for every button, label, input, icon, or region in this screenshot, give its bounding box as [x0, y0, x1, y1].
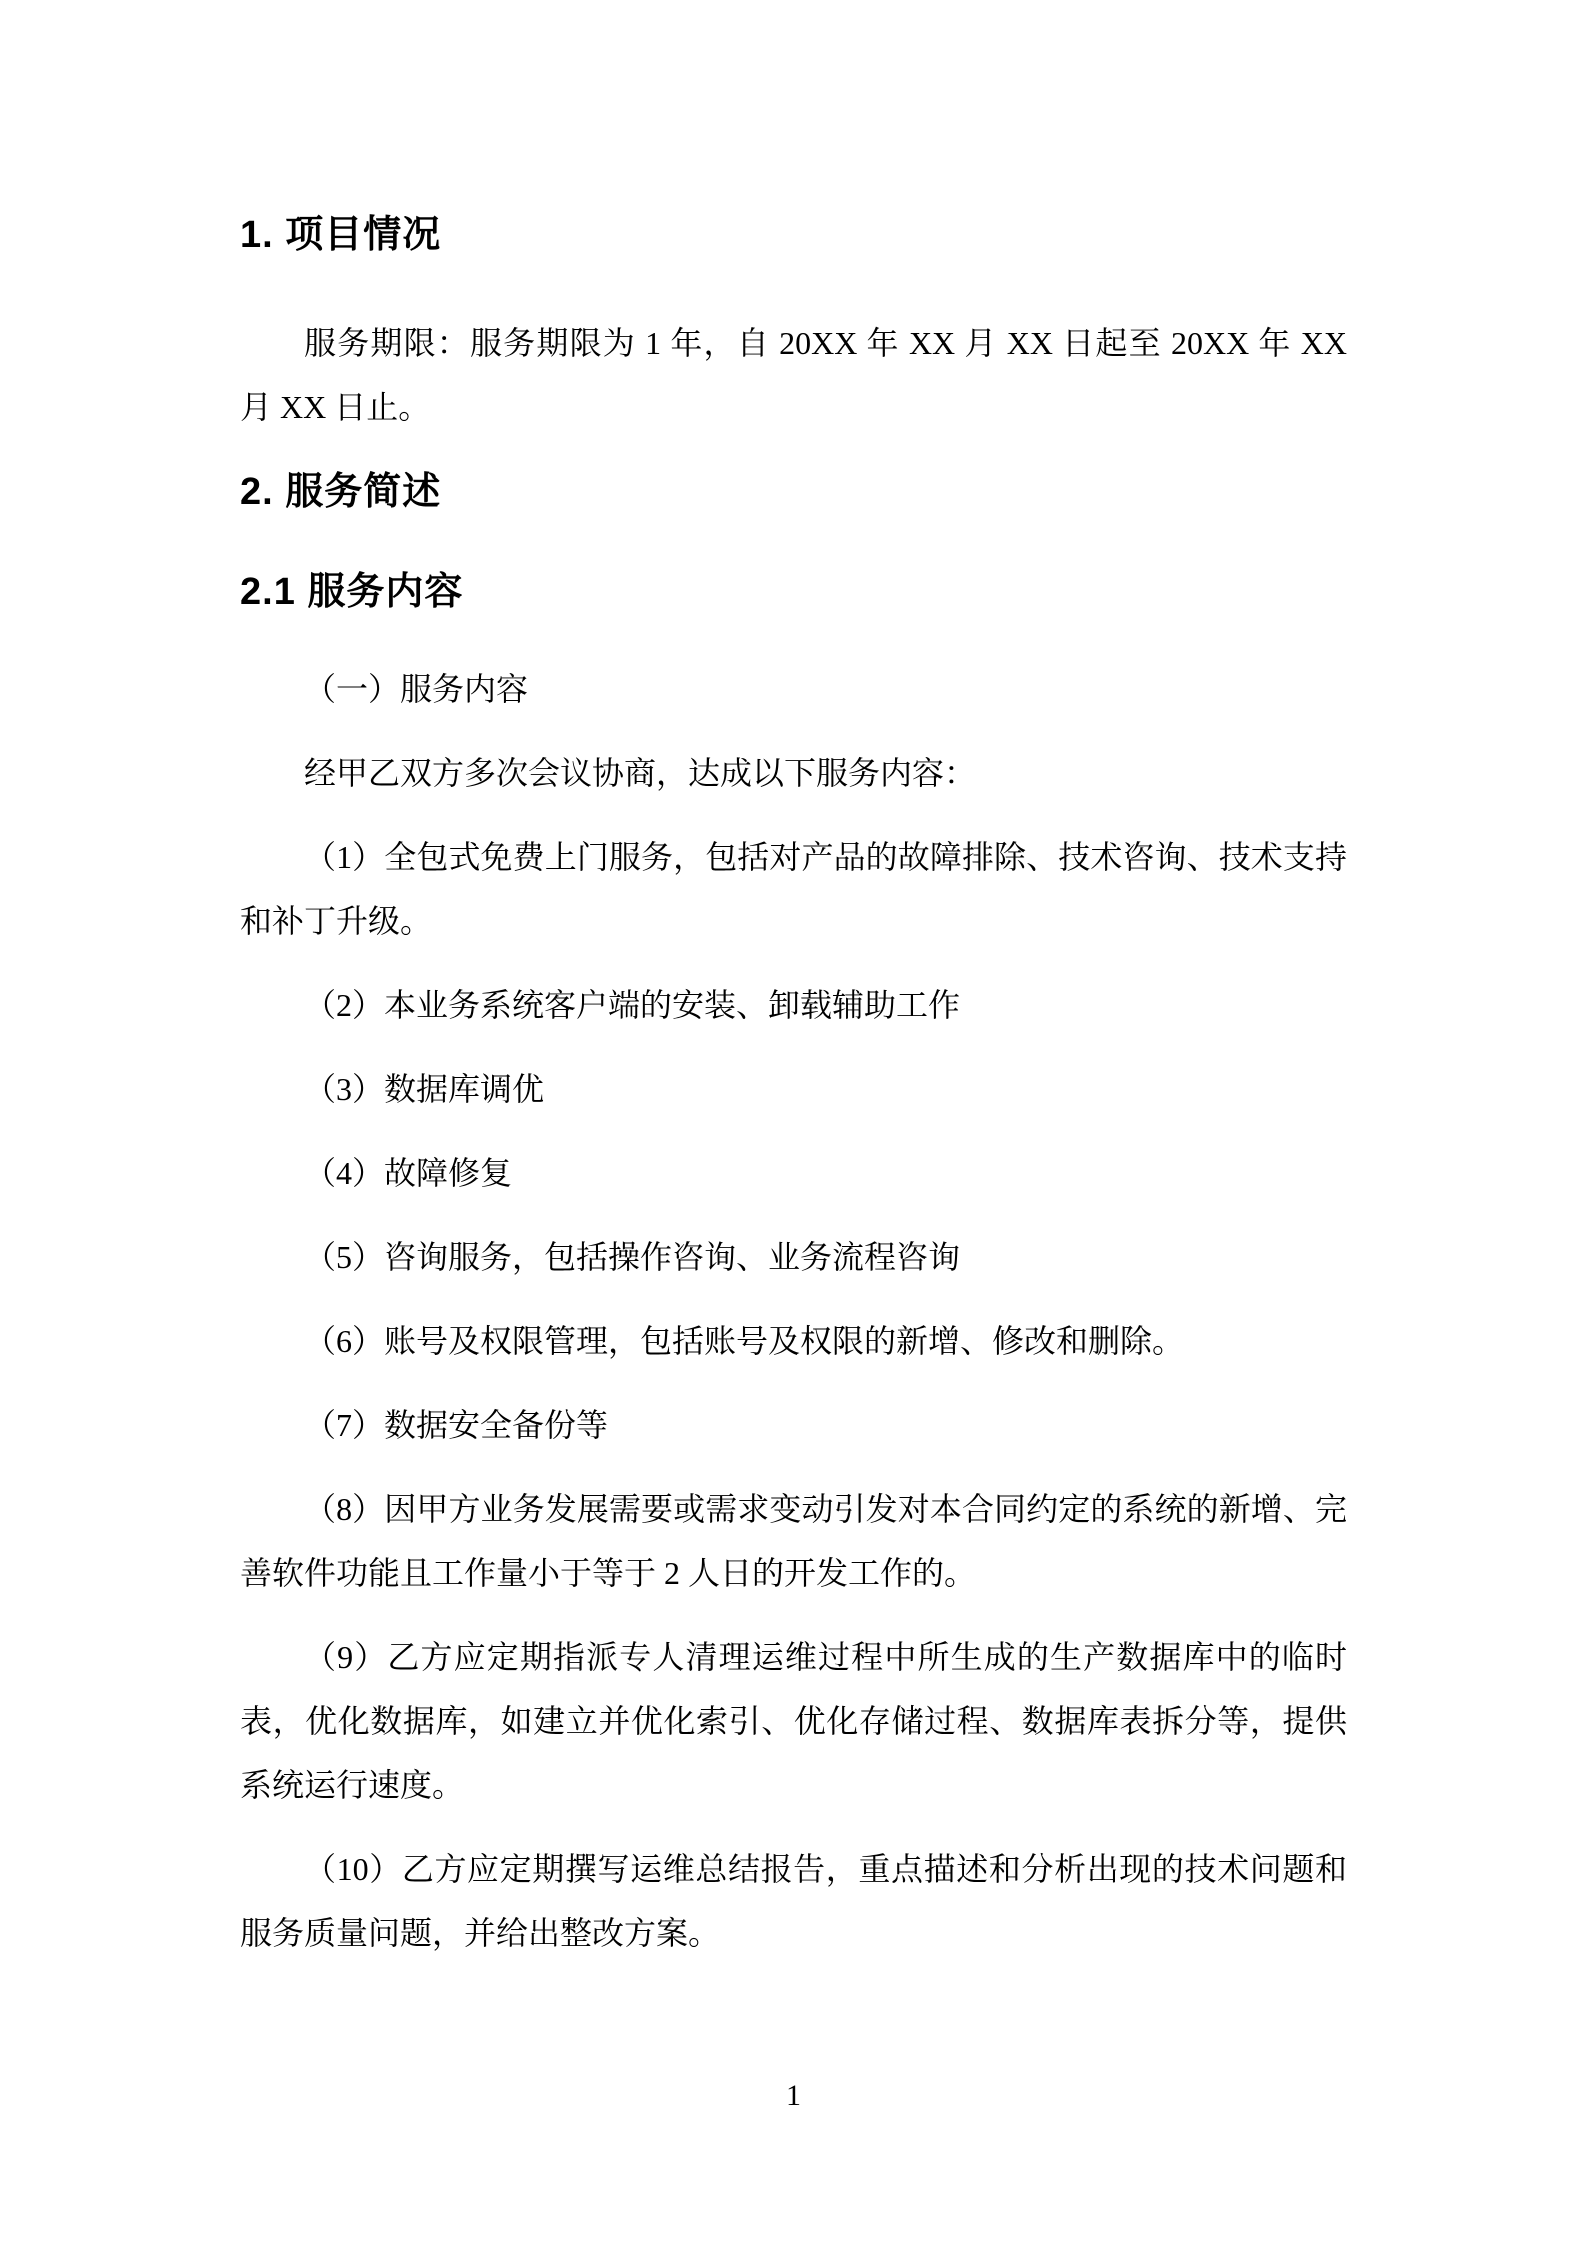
service-item-10: （10）乙方应定期撰写运维总结报告，重点描述和分析出现的技术问题和服务质量问题，…: [240, 1837, 1347, 1965]
heading-project-overview: 1. 项目情况: [240, 211, 1347, 259]
service-item-8: （8）因甲方业务发展需要或需求变动引发对本合同约定的系统的新增、完善软件功能且工…: [240, 1477, 1347, 1605]
service-item-1: （1）全包式免费上门服务，包括对产品的故障排除、技术咨询、技术支持和补丁升级。: [240, 825, 1347, 953]
service-item-6: （6）账号及权限管理，包括账号及权限的新增、修改和删除。: [240, 1309, 1347, 1373]
service-item-9: （9）乙方应定期指派专人清理运维过程中所生成的生产数据库中的临时表，优化数据库，…: [240, 1625, 1347, 1817]
service-item-5: （5）咨询服务，包括操作咨询、业务流程咨询: [240, 1225, 1347, 1289]
service-item-7: （7）数据安全备份等: [240, 1393, 1347, 1457]
paragraph-service-term: 服务期限：服务期限为 1 年，自 20XX 年 XX 月 XX 日起至 20XX…: [240, 311, 1347, 439]
paragraph-subheading-service-content: （一）服务内容: [240, 657, 1347, 721]
heading-service-summary: 2. 服务简述: [240, 468, 1347, 516]
service-item-4: （4）故障修复: [240, 1141, 1347, 1205]
service-item-3: （3）数据库调优: [240, 1057, 1347, 1121]
paragraph-intro: 经甲乙双方多次会议协商，达成以下服务内容：: [240, 741, 1347, 805]
document-page: 1. 项目情况 服务期限：服务期限为 1 年，自 20XX 年 XX 月 XX …: [0, 0, 1587, 2245]
service-item-2: （2）本业务系统客户端的安装、卸载辅助工作: [240, 973, 1347, 1037]
page-number: 1: [0, 2080, 1587, 2112]
heading-service-content: 2.1 服务内容: [240, 568, 1347, 616]
